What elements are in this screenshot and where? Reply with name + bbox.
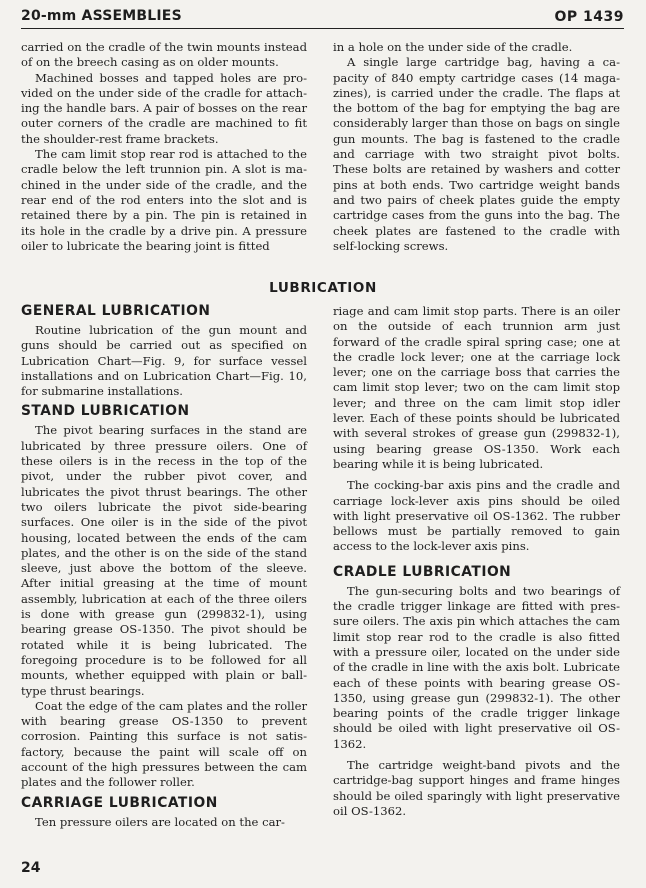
paragraph: The pivot bearing surfaces in the stand … bbox=[21, 423, 307, 698]
paragraph: The cam limit stop rear rod is attached … bbox=[21, 147, 307, 254]
heading-general-lubrication: GENERAL LUBRICATION bbox=[21, 303, 307, 320]
heading-carriage-lubrication: CARRIAGE LUBRICATION bbox=[21, 795, 307, 812]
paragraph: Routine lubrication of the gun mount and… bbox=[21, 323, 307, 399]
paragraph: carried on the cradle of the twin mounts… bbox=[21, 40, 307, 71]
top-left-column: carried on the cradle of the twin mounts… bbox=[21, 40, 307, 254]
running-header: 20-mm ASSEMBLIES OP 1439 bbox=[21, 4, 624, 29]
paragraph: The cocking-bar axis pins and the cradle… bbox=[333, 478, 620, 554]
paragraph: riage and cam limit stop parts. There is… bbox=[333, 304, 620, 472]
section-title: LUBRICATION bbox=[0, 280, 646, 296]
header-title: 20-mm ASSEMBLIES bbox=[21, 8, 182, 24]
heading-stand-lubrication: STAND LUBRICATION bbox=[21, 403, 307, 420]
paragraph: The cartridge weight-band pivots and the… bbox=[333, 758, 620, 819]
paragraph: The gun-securing bolts and two bearings … bbox=[333, 584, 620, 752]
paragraph: in a hole on the under side of the cradl… bbox=[333, 40, 620, 55]
bottom-right-column: riage and cam limit stop parts. There is… bbox=[333, 304, 620, 819]
paragraph: A single large cartridge bag, having a c… bbox=[333, 55, 620, 254]
paragraph: Ten pressure oilers are located on the c… bbox=[21, 815, 307, 830]
paragraph: Coat the edge of the cam plates and the … bbox=[21, 699, 307, 791]
bottom-left-column: GENERAL LUBRICATION Routine lubrication … bbox=[21, 303, 307, 830]
top-right-column: in a hole on the under side of the cradl… bbox=[333, 40, 620, 254]
header-doc-id: OP 1439 bbox=[554, 9, 624, 25]
heading-cradle-lubrication: CRADLE LUBRICATION bbox=[333, 564, 620, 581]
page-number: 24 bbox=[21, 860, 40, 876]
paragraph: Machined bosses and tapped holes are pro… bbox=[21, 71, 307, 147]
